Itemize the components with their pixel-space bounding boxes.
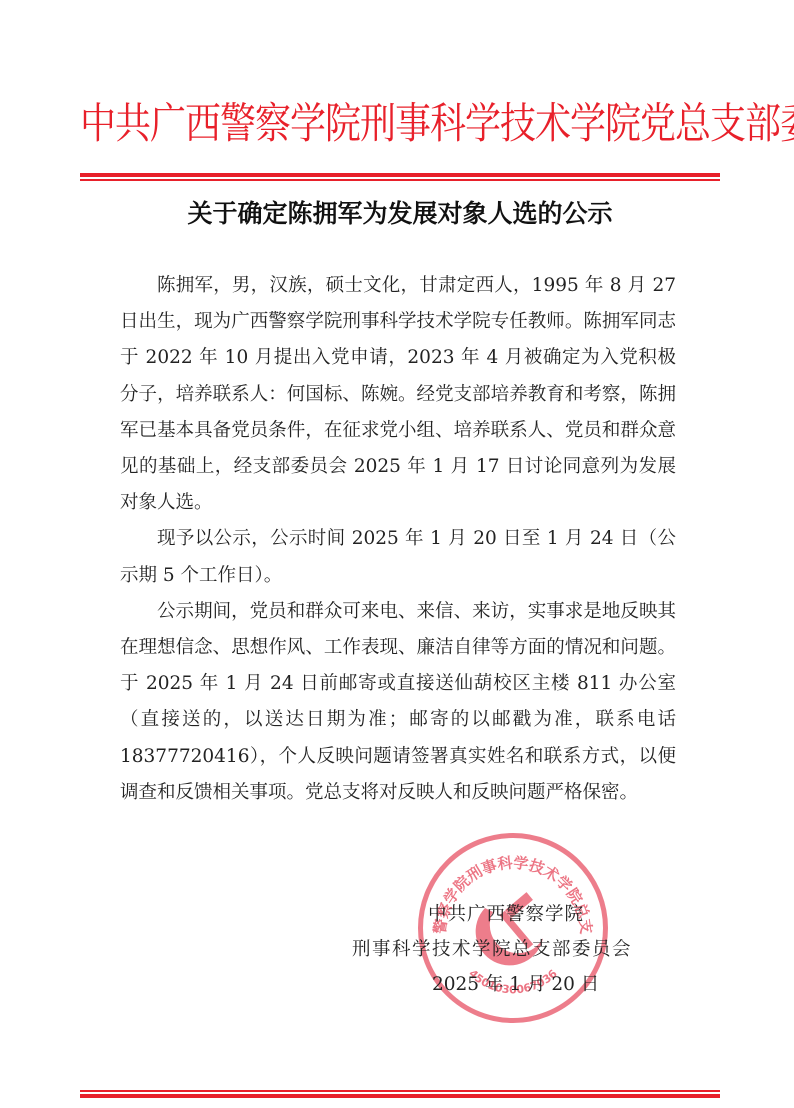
signature-date: 2025 年 1 月 20 日 (432, 970, 599, 1000)
footer-rule-thin (80, 1090, 720, 1092)
header-rule-thick (80, 173, 720, 177)
document-body: 陈拥军，男，汉族，硕士文化，甘肃定西人，1995 年 8 月 27 日出生，现为… (120, 268, 676, 811)
document-title: 关于确定陈拥军为发展对象人选的公示 (100, 196, 700, 232)
footer-rule-thick (80, 1094, 720, 1098)
document-page: 中共广西警察学院刑事科学技术学院党总支部委员会 关于确定陈拥军为发展对象人选的公… (0, 0, 794, 1108)
org-header-title: 中共广西警察学院刑事科学技术学院党总支部委员会 (80, 96, 720, 155)
header-rule-thin (80, 179, 720, 181)
paragraph-feedback-instructions: 公示期间，党员和群众可来电、来信、来访，实事求是地反映其在理想信念、思想作风、工… (120, 594, 676, 811)
signature-org-line1: 中共广西警察学院 (428, 900, 584, 930)
paragraph-publicity-period: 现予以公示，公示时间 2025 年 1 月 20 日至 1 月 24 日（公示期… (120, 521, 676, 593)
signature-org-line2: 刑事科学技术学院总支部委员会 (352, 935, 632, 965)
paragraph-candidate-info: 陈拥军，男，汉族，硕士文化，甘肃定西人，1995 年 8 月 27 日出生，现为… (120, 268, 676, 521)
